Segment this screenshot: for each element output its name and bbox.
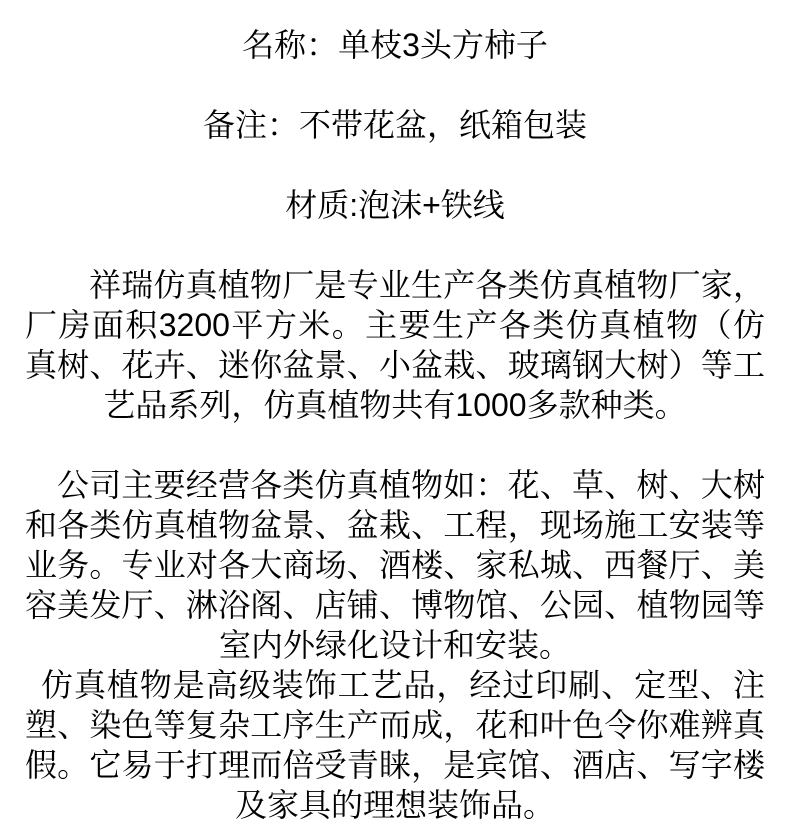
product-name-line: 名称：单枝3头方柿子 [25, 25, 765, 65]
product-description-page: 名称：单枝3头方柿子 备注：不带花盆，纸箱包装 材质:泡沫+铁线 祥瑞仿真植物厂… [0, 0, 790, 840]
paragraph-company-business: 公司主要经营各类仿真植物如：花、草、树、大树和各类仿真植物盆景、盆栽、工程，现场… [25, 465, 765, 665]
paragraph-product-quality: 仿真植物是高级装饰工艺品，经过印刷、定型、注塑、染色等复杂工序生产而成，花和叶色… [25, 665, 765, 825]
product-note-line: 备注：不带花盆，纸箱包装 [25, 105, 765, 145]
paragraph-factory-intro: 祥瑞仿真植物厂是专业生产各类仿真植物厂家，厂房面积3200平方米。主要生产各类仿… [25, 265, 765, 425]
product-material-line: 材质:泡沫+铁线 [25, 185, 765, 225]
